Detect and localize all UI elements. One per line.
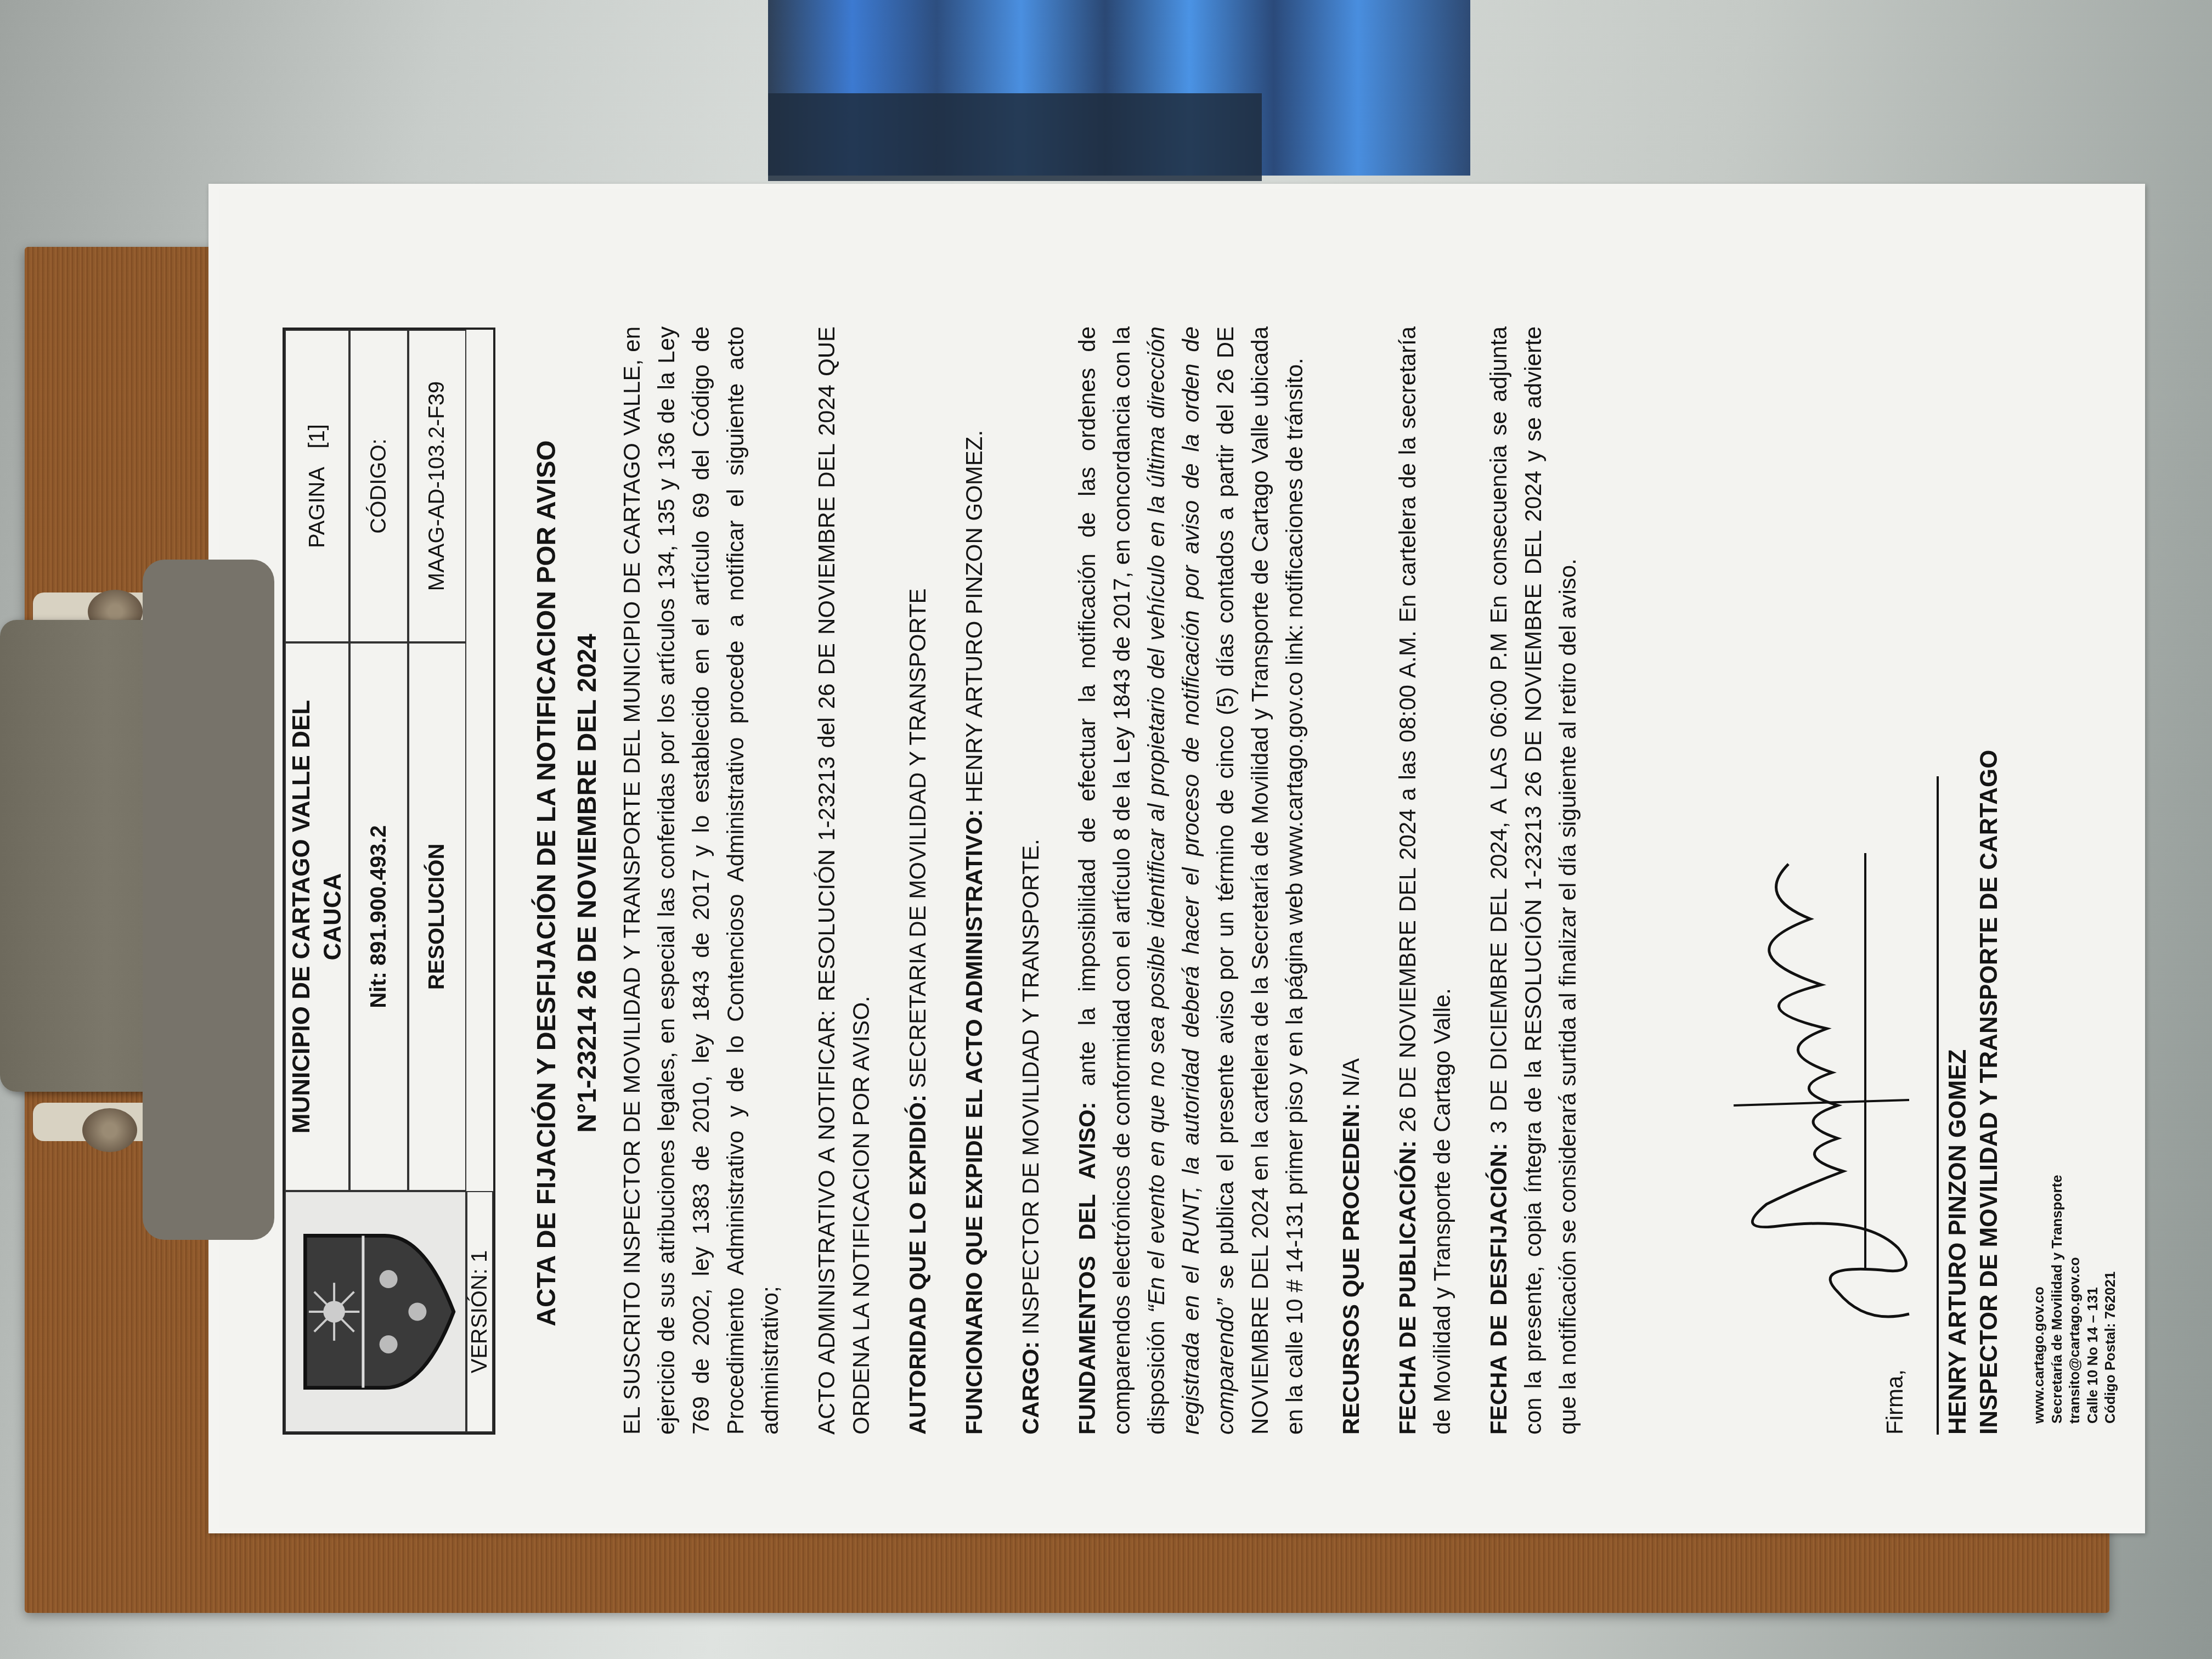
footer-postal-code: Código Postal: 762021 xyxy=(2101,1175,2119,1424)
handwritten-signature-icon xyxy=(1701,842,1931,1336)
document-sheet: MUNICIPIO DE CARTAGO VALLE DEL CAUCA PAG… xyxy=(219,189,2140,1528)
acto-paragraph: ACTO ADMINISTRATIVO A NOTIFICAR: RESOLUC… xyxy=(809,326,878,1435)
desfijacion-paragraph: FECHA DE DESFIJACIÓN: 3 DE DICIEMBRE DEL… xyxy=(1481,326,1585,1435)
document-page: MUNICIPIO DE CARTAGO VALLE DEL CAUCA PAG… xyxy=(219,189,2140,1528)
code-value: MAAG-AD-103.2-F39 xyxy=(408,330,466,642)
recursos-paragraph: RECURSOS QUE PROCEDEN: N/A xyxy=(1334,326,1368,1435)
autoridad-paragraph: AUTORIDAD QUE LO EXPIDIÓ: SECRETARIA DE … xyxy=(900,326,935,1435)
municipality-name: MUNICIPIO DE CARTAGO VALLE DEL CAUCA xyxy=(285,642,349,1191)
signer-block: HENRY ARTURO PINZON GOMEZ INSPECTOR DE M… xyxy=(1942,750,2005,1435)
signer-name: HENRY ARTURO PINZON GOMEZ xyxy=(1942,750,1973,1435)
code-label: CÓDIGO: xyxy=(349,330,408,642)
title-line-1: ACTA DE FIJACIÓN Y DESFIJACIÓN DE LA NOT… xyxy=(527,332,567,1435)
logo-cell xyxy=(285,1191,466,1432)
signature-line xyxy=(1937,776,1939,1435)
header-table: MUNICIPIO DE CARTAGO VALLE DEL CAUCA PAG… xyxy=(283,328,495,1435)
contact-footer: www.cartago.gov.co Secretaría de Movilid… xyxy=(2030,1175,2119,1424)
clipboard-clip-arm xyxy=(143,560,274,1240)
signer-role: INSPECTOR DE MOVILIDAD Y TRANSPORTE DE C… xyxy=(1973,750,2005,1435)
footer-address: Calle 10 No 14 – 131 xyxy=(2084,1175,2102,1424)
rivet-icon xyxy=(82,1108,137,1152)
page-number: PAGINA [1] xyxy=(285,330,349,642)
footer-email: transito@cartago.gov.co xyxy=(2066,1175,2084,1424)
footer-department: Secretaría de Movilidad y Transporte xyxy=(2048,1175,2066,1424)
firma-label: Firma, xyxy=(1882,1369,1908,1435)
footer-website: www.cartago.gov.co xyxy=(2030,1175,2048,1424)
intro-paragraph: EL SUSCRITO INSPECTOR DE MOVILIDAD Y TRA… xyxy=(614,326,787,1435)
fundamentos-paragraph: FUNDAMENTOS DEL AVISO: ante la imposibil… xyxy=(1070,326,1312,1435)
document-body: EL SUSCRITO INSPECTOR DE MOVILIDAD Y TRA… xyxy=(614,326,1607,1435)
background-dark-object xyxy=(768,93,1262,181)
doc-type: RESOLUCIÓN xyxy=(408,642,466,1191)
funcionario-paragraph: FUNCIONARIO QUE EXPIDE EL ACTO ADMINISTR… xyxy=(957,326,991,1435)
publicacion-paragraph: FECHA DE PUBLICACIÓN: 26 DE NOVIEMBRE DE… xyxy=(1390,326,1459,1435)
nit-number: Nit: 891.900.493.2 xyxy=(349,642,408,1191)
coat-of-arms-icon xyxy=(294,1221,458,1402)
document-title: ACTA DE FIJACIÓN Y DESFIJACIÓN DE LA NOT… xyxy=(527,332,608,1435)
title-line-2: N°1-23214 26 DE NOVIEMBRE DEL 2024 xyxy=(567,332,608,1435)
cargo-paragraph: CARGO: INSPECTOR DE MOVILIDAD Y TRANSPOR… xyxy=(1013,326,1048,1435)
version: VERSIÓN: 1 xyxy=(466,1191,493,1432)
